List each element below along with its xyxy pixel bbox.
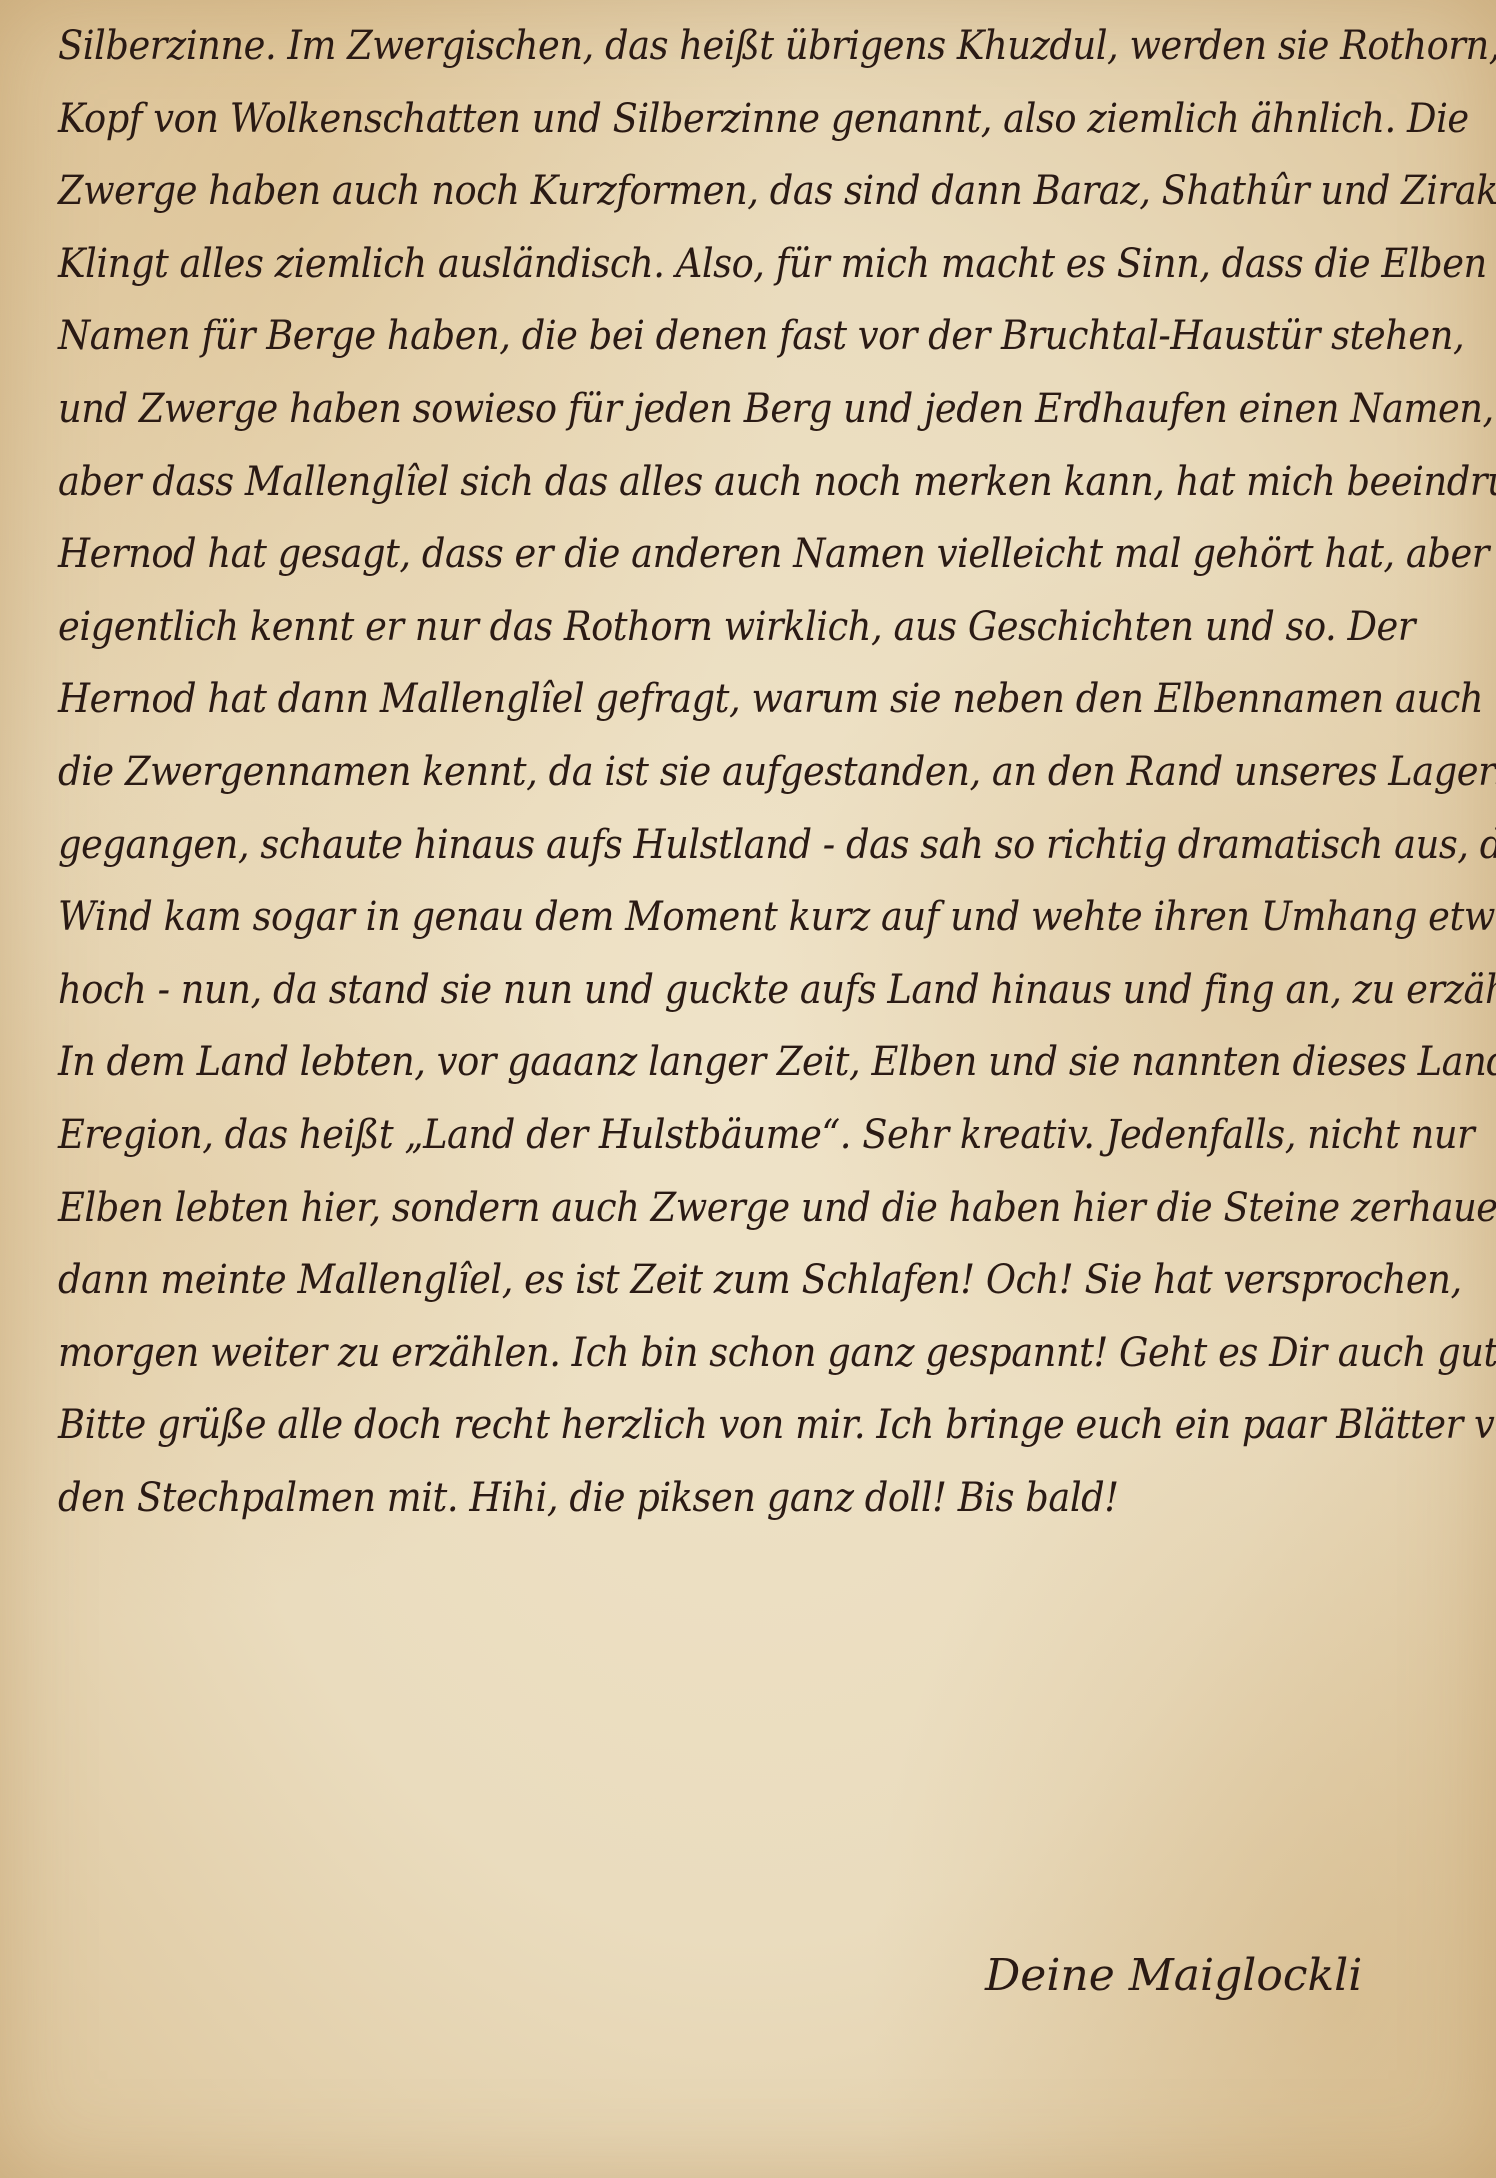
letter-line: und Zwerge haben sowieso für jeden Berg … [58, 373, 1364, 446]
letter-line: Eregion, das heißt „Land der Hulstbäume“… [58, 1099, 1364, 1172]
letter-line: gegangen, schaute hinaus aufs Hulstland … [58, 809, 1364, 882]
letter-line: Silberzinne. Im Zwergischen, das heißt ü… [58, 10, 1364, 83]
letter-line: hoch - nun, da stand sie nun und guckte … [58, 954, 1364, 1027]
letter-body: Silberzinne. Im Zwergischen, das heißt ü… [58, 10, 1478, 1534]
letter-line: die Zwergennamen kennt, da ist sie aufge… [58, 736, 1364, 809]
letter-line: Elben lebten hier, sondern auch Zwerge u… [58, 1172, 1364, 1245]
letter-line: In dem Land lebten, vor gaaanz langer Ze… [58, 1026, 1364, 1099]
letter-line: den Stechpalmen mit. Hihi, die piksen ga… [58, 1462, 1364, 1535]
letter-line: Zwerge haben auch noch Kurzformen, das s… [58, 155, 1364, 228]
letter-line: Wind kam sogar in genau dem Moment kurz … [58, 881, 1364, 954]
letter-line: Hernod hat gesagt, dass er die anderen N… [58, 518, 1364, 591]
signature: Deine Maiglockli [985, 1950, 1362, 2001]
letter-line: Namen für Berge haben, die bei denen fas… [58, 300, 1364, 373]
letter-line: eigentlich kennt er nur das Rothorn wirk… [58, 591, 1364, 664]
letter-line: aber dass Mallenglîel sich das alles auc… [58, 446, 1364, 519]
letter-line: dann meinte Mallenglîel, es ist Zeit zum… [58, 1244, 1364, 1317]
letter-line: Hernod hat dann Mallenglîel gefragt, war… [58, 663, 1364, 736]
letter-line: Kopf von Wolkenschatten und Silberzinne … [58, 83, 1364, 156]
letter-line: morgen weiter zu erzählen. Ich bin schon… [58, 1317, 1364, 1390]
letter-line: Bitte grüße alle doch recht herzlich von… [58, 1389, 1364, 1462]
letter-line: Klingt alles ziemlich ausländisch. Also,… [58, 228, 1364, 301]
